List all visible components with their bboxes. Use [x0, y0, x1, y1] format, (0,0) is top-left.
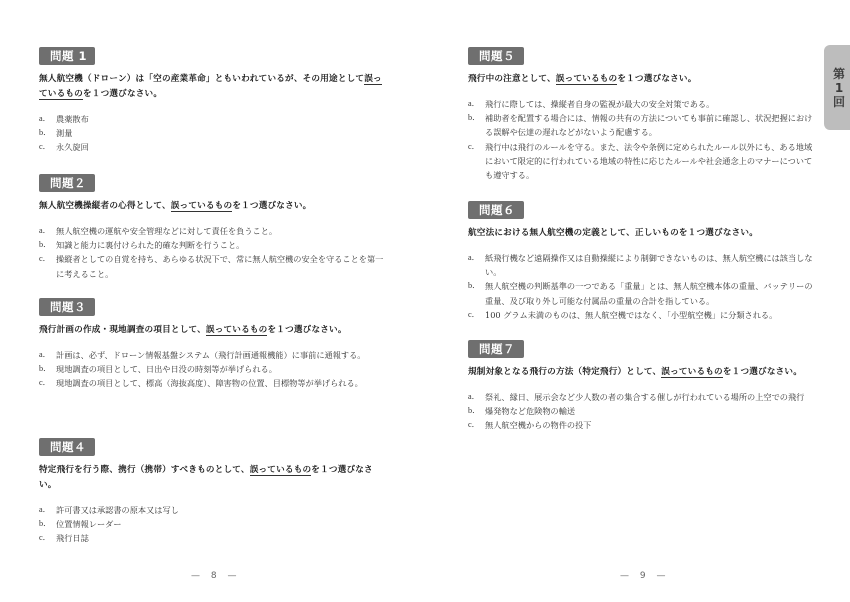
question-6: 問題６ 航空法における無人航空機の定義として、正しいものを１つ選びなさい。 a．…	[468, 199, 813, 322]
choice-list: a．飛行に際しては、操縦者自身の監視が最大の安全対策である。 b．補助者を配置す…	[468, 97, 813, 182]
question-stem: 規制対象となる飛行の方法（特定飛行）として、誤っているものを１つ選びなさい。	[468, 365, 813, 380]
choice-b: b．無人航空機の判断基準の一つである「重量」とは、無人航空機本体の重量、バッテリ…	[468, 279, 813, 307]
choice-b: b．補助者を配置する場合には、情報の共有の方法についても事前に確認し、状況把握に…	[468, 111, 813, 139]
question-stem: 航空法における無人航空機の定義として、正しいものを１つ選びなさい。	[468, 226, 813, 241]
stem-text: 規制対象となる飛行の方法（特定飛行）として、	[468, 367, 661, 377]
choice-text: 無人航空機からの物件の投下	[485, 418, 813, 432]
question-5: 問題５ 飛行中の注意として、誤っているものを１つ選びなさい。 a．飛行に際しては…	[468, 45, 813, 182]
choice-c: c．飛行中は飛行のルールを守る。また、法令や条例に定められたルール以外にも、ある…	[468, 140, 813, 183]
choice-text: 紙飛行機など遠隔操作又は自動操縦により制御できないものは、無人航空機には該当しな…	[485, 251, 813, 279]
choice-list: a．祭礼、縁日、展示会など少人数の者の集合する催しが行われている場所の上空での飛…	[468, 390, 813, 433]
choice-text: 100 グラム未満のものは、無人航空機ではなく、「小型航空機」に分類される。	[485, 308, 813, 322]
question-label: 問題５	[468, 47, 524, 65]
choice-key: c．	[468, 418, 485, 432]
choice-text: 爆発物など危険物の輸送	[485, 404, 813, 418]
question-stem: 飛行中の注意として、誤っているものを１つ選びなさい。	[468, 72, 813, 87]
choice-text: 祭礼、縁日、展示会など少人数の者の集合する催しが行われている場所の上空での飛行	[485, 390, 813, 404]
choice-c: c．無人航空機からの物件の投下	[468, 418, 813, 432]
choice-key: b．	[468, 404, 485, 418]
choice-key: b．	[468, 279, 485, 307]
choice-key: a．	[468, 97, 485, 111]
tab-char: 1	[835, 81, 843, 95]
page-number: — 9 —	[620, 571, 669, 581]
question-7: 問題７ 規制対象となる飛行の方法（特定飛行）として、誤っているものを１つ選びなさ…	[468, 338, 813, 433]
choice-list: a．紙飛行機など遠隔操作又は自動操縦により制御できないものは、無人航空機には該当…	[468, 251, 813, 322]
choice-key: a．	[468, 390, 485, 404]
right-page: 問題５ 飛行中の注意として、誤っているものを１つ選びなさい。 a．飛行に際しては…	[0, 0, 850, 602]
choice-text: 補助者を配置する場合には、情報の共有の方法についても事前に確認し、状況把握におけ…	[485, 111, 813, 139]
choice-key: c．	[468, 308, 485, 322]
choice-c: c．100 グラム未満のものは、無人航空機ではなく、「小型航空機」に分類される。	[468, 308, 813, 322]
choice-a: a．紙飛行機など遠隔操作又は自動操縦により制御できないものは、無人航空機には該当…	[468, 251, 813, 279]
choice-b: b．爆発物など危険物の輸送	[468, 404, 813, 418]
choice-key: b．	[468, 111, 485, 139]
tab-char: 第	[833, 67, 845, 81]
choice-text: 飛行に際しては、操縦者自身の監視が最大の安全対策である。	[485, 97, 813, 111]
tab-char: 回	[833, 95, 845, 109]
choice-key: c．	[468, 140, 485, 183]
question-label: 問題７	[468, 340, 524, 358]
stem-text: を１つ選びなさい。	[617, 74, 696, 84]
choice-key: a．	[468, 251, 485, 279]
stem-text: 飛行中の注意として、	[468, 74, 556, 84]
choice-text: 無人航空機の判断基準の一つである「重量」とは、無人航空機本体の重量、バッテリーの…	[485, 279, 813, 307]
question-label: 問題６	[468, 201, 524, 219]
stem-underlined: 誤っているもの	[556, 74, 618, 85]
choice-a: a．飛行に際しては、操縦者自身の監視が最大の安全対策である。	[468, 97, 813, 111]
choice-text: 飛行中は飛行のルールを守る。また、法令や条例に定められたルール以外にも、ある地域…	[485, 140, 813, 183]
stem-text: を１つ選びなさい。	[723, 367, 802, 377]
chapter-tab: 第 1 回	[824, 45, 850, 130]
stem-text: 航空法における無人航空機の定義として、正しいものを１つ選びなさい。	[468, 228, 758, 238]
choice-a: a．祭礼、縁日、展示会など少人数の者の集合する催しが行われている場所の上空での飛…	[468, 390, 813, 404]
stem-underlined: 誤っているもの	[661, 367, 723, 378]
